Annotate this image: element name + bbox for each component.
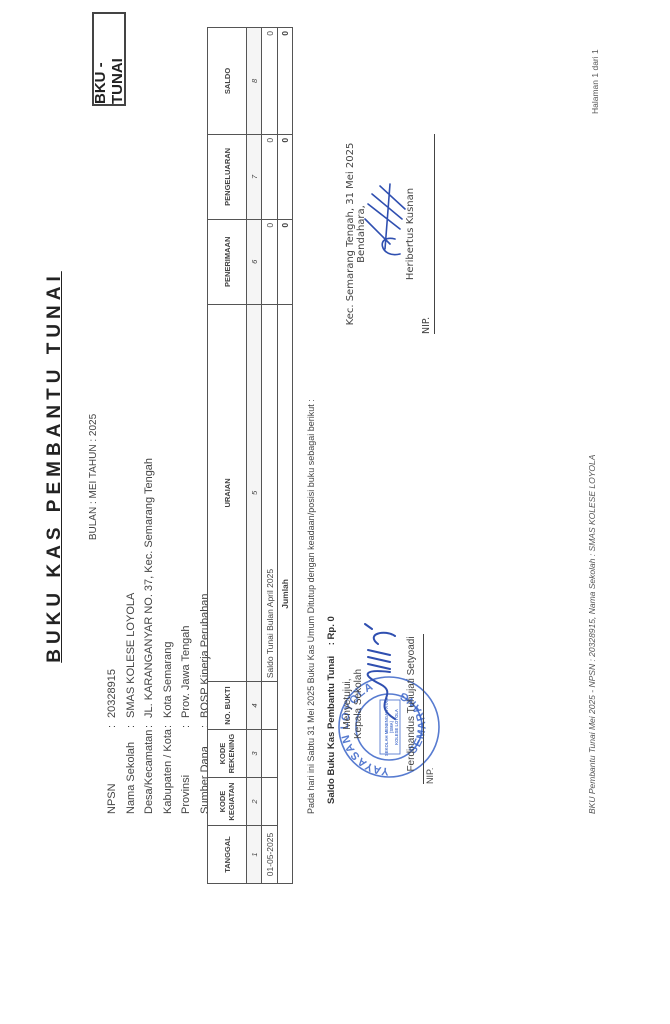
signature-line bbox=[434, 134, 435, 334]
column-number: 8 bbox=[247, 28, 262, 135]
header-penerimaan: PENERIMAAN bbox=[208, 219, 247, 304]
info-label: Nama Sekolah bbox=[125, 728, 137, 814]
saldo-separator: : bbox=[326, 642, 337, 645]
column-number: 1 bbox=[247, 826, 262, 884]
signature-kepala-sekolah-icon bbox=[360, 614, 410, 724]
info-row-kabupaten-kota: Kabupaten / Kota : Kota Semarang bbox=[159, 458, 178, 814]
total-saldo: 0 bbox=[278, 28, 293, 135]
footer-page-number: Halaman 1 dari 1 bbox=[590, 49, 600, 114]
header-kode-kegiatan: KODE KEGIATAN bbox=[208, 778, 247, 826]
cell-kode-rekening bbox=[262, 730, 278, 778]
column-number: 3 bbox=[247, 730, 262, 778]
header-kode-rekening: KODE REKENING bbox=[208, 730, 247, 778]
header-saldo: SALDO bbox=[208, 28, 247, 135]
info-label: NPSN bbox=[106, 728, 118, 814]
info-separator: : bbox=[162, 718, 174, 728]
column-number: 2 bbox=[247, 778, 262, 826]
info-label: Provinsi bbox=[180, 728, 192, 814]
info-value: JL. KARANGANYAR NO. 37, Kec. Semarang Te… bbox=[143, 458, 155, 718]
nip-label: NIP. bbox=[425, 624, 435, 784]
cell-saldo: 0 bbox=[262, 28, 278, 135]
info-value: Prov. Jawa Tengah bbox=[180, 625, 192, 718]
cell-uraian: Saldo Tunai Bulan April 2025 bbox=[262, 304, 278, 681]
column-number-row: 1 2 3 4 5 6 7 8 bbox=[247, 28, 262, 884]
cell-tanggal: 01-05-2025 bbox=[262, 826, 278, 884]
signature-line bbox=[423, 634, 424, 784]
info-value: 20328915 bbox=[106, 669, 118, 718]
column-number: 7 bbox=[247, 134, 262, 219]
info-label: Desa/Kecamatan bbox=[143, 728, 155, 814]
approval-label: Menyetujui, bbox=[342, 624, 353, 784]
info-label: Kabupaten / Kota bbox=[162, 728, 174, 814]
cell-kode-kegiatan bbox=[262, 778, 278, 826]
table-total-row: Jumlah 0 0 0 bbox=[278, 28, 293, 884]
document-subtitle: BULAN : MEI TAHUN : 2025 bbox=[88, 0, 99, 1024]
cell-pengeluaran: 0 bbox=[262, 134, 278, 219]
column-number: 4 bbox=[247, 682, 262, 730]
info-separator: : bbox=[180, 718, 192, 728]
info-row-provinsi: Provinsi : Prov. Jawa Tengah bbox=[177, 458, 196, 814]
info-separator: : bbox=[106, 718, 118, 728]
info-value: Kota Semarang bbox=[162, 642, 174, 718]
nip-label: NIP. bbox=[421, 134, 432, 334]
info-separator: : bbox=[125, 718, 137, 728]
column-number: 5 bbox=[247, 304, 262, 681]
signature-bendahara-icon bbox=[360, 174, 410, 264]
header-no-bukti: NO. BUKTI bbox=[208, 682, 247, 730]
cell-no-bukti bbox=[262, 682, 278, 730]
cell-penerimaan: 0 bbox=[262, 219, 278, 304]
total-label: Jumlah bbox=[278, 304, 293, 883]
bku-table: TANGGAL KODE KEGIATAN KODE REKENING NO. … bbox=[207, 27, 293, 884]
column-number: 6 bbox=[247, 219, 262, 304]
document-title: BUKU KAS PEMBANTU TUNAI bbox=[44, 0, 66, 1024]
closing-statement: Pada hari ini Sabtu 31 Mei 2025 Buku Kas… bbox=[306, 399, 316, 814]
saldo-value: Rp. 0 bbox=[326, 616, 337, 639]
table-row: 01-05-2025 Saldo Tunai Bulan April 2025 … bbox=[262, 28, 278, 884]
place-date: Kec. Semarang Tengah, 31 Mei 2025 bbox=[345, 134, 356, 334]
info-row-npsn: NPSN : 20328915 bbox=[103, 458, 122, 814]
header-pengeluaran: PENGELUARAN bbox=[208, 134, 247, 219]
info-separator: : bbox=[143, 718, 155, 728]
header-uraian: URAIAN bbox=[208, 304, 247, 681]
info-row-nama-sekolah: Nama Sekolah : SMAS KOLESE LOYOLA bbox=[122, 458, 141, 814]
bku-document-page: BKU - TUNAI BUKU KAS PEMBANTU TUNAI BULA… bbox=[0, 0, 670, 1024]
total-pengeluaran: 0 bbox=[278, 134, 293, 219]
info-row-desa-kecamatan: Desa/Kecamatan : JL. KARANGANYAR NO. 37,… bbox=[140, 458, 159, 814]
info-value: SMAS KOLESE LOYOLA bbox=[125, 593, 137, 718]
school-info: NPSN : 20328915 Nama Sekolah : SMAS KOLE… bbox=[103, 458, 214, 814]
table-header-row: TANGGAL KODE KEGIATAN KODE REKENING NO. … bbox=[208, 28, 247, 884]
total-penerimaan: 0 bbox=[278, 219, 293, 304]
footer-document-info: BKU Pembantu Tunai Mei 2025 - NPSN : 203… bbox=[587, 455, 597, 814]
header-tanggal: TANGGAL bbox=[208, 826, 247, 884]
